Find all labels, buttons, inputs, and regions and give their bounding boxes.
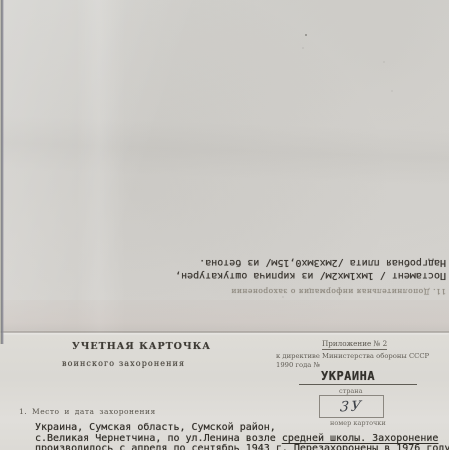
paper-speck: [305, 34, 307, 36]
upside-down-text-block: 11. Дополнительная информация о захороне…: [154, 256, 446, 296]
country-field-label: страна: [339, 387, 362, 395]
country-value: УКРАИНА: [321, 369, 375, 383]
card-title: УЧЕТНАЯ КАРТОЧКА: [72, 341, 211, 352]
country-underline: [299, 384, 417, 385]
page-fold-line: [0, 331, 449, 333]
location-text-line3: производилось с апреля по сентябрь 1943 …: [35, 444, 449, 450]
directive-reference-line2: 1990 года №: [276, 361, 320, 369]
scan-edge-artifact: [0, 0, 4, 344]
scan-tint-band: [0, 300, 449, 332]
pedestal-description-line: Постамент / 1мх1мх2м/ из кирпича оштукат…: [154, 269, 446, 282]
directive-reference-line1: к директиве Министерства обороны СССР: [276, 352, 429, 360]
card-number-box: 3У: [319, 395, 384, 418]
gravestone-slab-line: Надгробная плита /2мх3мх0,15м/ из бетона…: [154, 256, 446, 269]
card-number-field-label: номер карточки: [330, 419, 386, 427]
item11-section-label: 11. Дополнительная информация о захороне…: [154, 286, 446, 296]
card-subtitle: воинского захоронения: [62, 359, 185, 368]
card-number-handwritten-value: 3У: [339, 398, 363, 415]
section1-label: 1. Место и дата захоронения: [19, 407, 156, 416]
scanned-burial-card-document: 11. Дополнительная информация о захороне…: [0, 0, 449, 450]
location-text-line1: Украина, Сумская область, Сумской район,: [35, 423, 276, 433]
annex-label: Приложение № 2: [322, 339, 387, 350]
